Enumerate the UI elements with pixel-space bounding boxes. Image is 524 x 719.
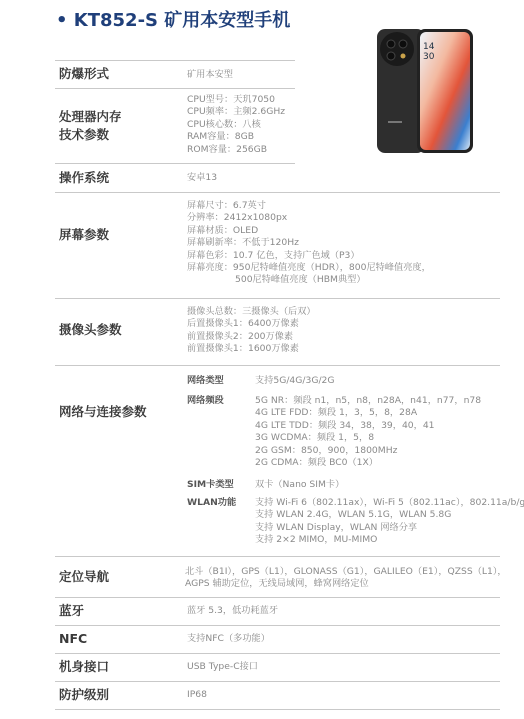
divider — [55, 365, 500, 366]
divider — [55, 653, 500, 654]
sub-value-network-type: 支持5G/4G/3G/2G — [255, 375, 335, 387]
divider — [55, 681, 500, 682]
spec-value-os: 安卓13 — [187, 172, 217, 184]
spec-label-screen: 屏幕参数 — [59, 226, 109, 244]
spec-value-camera: 摄像头总数：三摄像头（后双） 后置摄像头1：6400万像素 前置摄像头2：200… — [187, 306, 316, 356]
sub-label-sim-type: SIM卡类型 — [187, 479, 234, 491]
spec-label-camera: 摄像头参数 — [59, 321, 122, 339]
spec-value-port: USB Type-C接口 — [187, 661, 258, 673]
divider — [55, 163, 295, 164]
sub-value-sim-type: 双卡（Nano SIM卡） — [255, 479, 344, 491]
sub-label-network-bands: 网络频段 — [187, 395, 224, 407]
spec-value-bluetooth: 蓝牙 5.3，低功耗蓝牙 — [187, 605, 278, 617]
spec-label-os: 操作系统 — [59, 169, 109, 187]
spec-label-nfc: NFC — [59, 630, 87, 648]
divider — [55, 556, 500, 557]
page-title: • KT852-S 矿用本安型手机 — [56, 6, 290, 32]
svg-text:30: 30 — [423, 52, 435, 62]
divider — [55, 192, 500, 193]
spec-label-explosion-type: 防爆形式 — [59, 65, 109, 83]
spec-value-explosion-type: 矿用本安型 — [187, 69, 233, 81]
sub-value-network-bands: 5G NR：频段 n1，n5，n8，n28A，n41，n77，n78 4G LT… — [255, 395, 481, 469]
spec-label-bluetooth: 蓝牙 — [59, 602, 84, 620]
sub-label-network-type: 网络类型 — [187, 375, 224, 387]
spec-label-network: 网络与连接参数 — [59, 403, 147, 421]
sub-label-wlan: WLAN功能 — [187, 497, 236, 509]
spec-label-protection: 防护级别 — [59, 686, 109, 704]
svg-text:14: 14 — [423, 42, 435, 52]
spec-value-nfc: 支持NFC（多功能） — [187, 633, 270, 645]
phone-product-image: 14 30 — [375, 27, 475, 155]
spec-value-protection: IP68 — [187, 689, 207, 701]
spec-value-processor-memory: CPU型号：天玑7050 CPU频率：主频2.6GHz CPU核心数：八核 RA… — [187, 94, 285, 156]
spec-value-positioning: 北斗（B1I），GPS（L1），GLONASS（G1），GALILEO（E1），… — [185, 566, 507, 591]
spec-label-positioning: 定位导航 — [59, 568, 109, 586]
spec-label-processor-memory: 处理器内存 技术参数 — [59, 108, 122, 144]
spec-label-port: 机身接口 — [59, 658, 109, 676]
divider — [55, 709, 500, 710]
spec-value-screen: 屏幕尺寸：6.7英寸 分辨率：2412x1080px 屏幕材质：OLED 屏幕刷… — [187, 200, 431, 287]
sub-value-wlan: 支持 Wi-Fi 6（802.11ax），Wi-Fi 5（802.11ac），8… — [255, 497, 524, 547]
divider — [55, 625, 500, 626]
divider — [55, 298, 500, 299]
divider — [55, 88, 295, 89]
divider — [55, 60, 295, 61]
divider — [55, 597, 500, 598]
